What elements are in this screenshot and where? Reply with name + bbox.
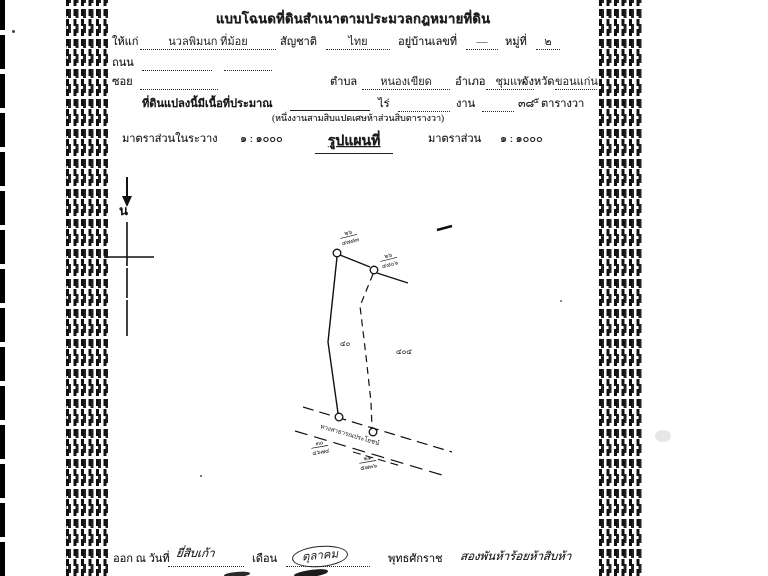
scan-speck: [200, 475, 202, 477]
boundary-marker-se: [369, 428, 377, 436]
svg-text:๔๖๗๔: ๔๖๗๔: [312, 448, 331, 457]
road-edge-extra: [353, 452, 401, 466]
boundary-west: [328, 257, 338, 413]
svg-text:๒๖: ๒๖: [384, 252, 393, 260]
scan-speck: [560, 300, 562, 302]
boundary-east-dashed: [360, 274, 373, 428]
north-arrow-head: [122, 196, 132, 207]
boundary-marker-ne: [370, 266, 378, 274]
boundary-north: [340, 255, 370, 267]
marker-label-se: ๒๑ ๕๗๓๖: [358, 454, 377, 472]
boundary-marker-sw: [335, 413, 343, 421]
marker-label-ne: ๒๖ ๔๘๐๖: [379, 251, 399, 270]
era-label: พุทธศักราช: [388, 553, 442, 566]
svg-text:๔๗๘๓: ๔๗๘๓: [341, 237, 360, 247]
svg-text:๔๘๐๖: ๔๘๐๖: [381, 260, 399, 270]
scan-speck: [655, 430, 671, 442]
svg-text:๕๗๓๖: ๕๗๓๖: [360, 462, 378, 472]
adjacent-parcel-number: ๔๐๔: [396, 347, 412, 356]
marker-label-sw: ๓๐ ๔๖๗๔: [310, 439, 330, 457]
scanned-land-deed-page: แบบโฉนดที่ดินสำเนาตามประมวลกฎหมายที่ดิน …: [0, 0, 768, 576]
scan-speck: [12, 30, 15, 33]
svg-text:๒๖: ๒๖: [344, 229, 353, 237]
issue-prefix: ออก ณ วันที่: [113, 553, 170, 566]
boundary-marker-nw: [333, 249, 341, 257]
issue-month-label: เดือน: [252, 553, 277, 566]
marker-label-nw: ๒๖ ๔๗๘๓: [339, 228, 360, 247]
survey-sketch: ทางสาธารณประโยชน์ ๒๖ ๔๗๘๓ ๒๖ ๔๘๐๖ ๓๐ ๔๖๗…: [0, 0, 768, 576]
boundary-stub-east: [377, 273, 408, 283]
issue-year-value: สองพันห้าร้อยห้าสิบห้า: [459, 551, 572, 564]
issue-day-value: ยี่สิบเก้า: [175, 548, 215, 561]
parcel-number: ๔๐: [340, 339, 351, 348]
ink-mark: [437, 226, 452, 230]
